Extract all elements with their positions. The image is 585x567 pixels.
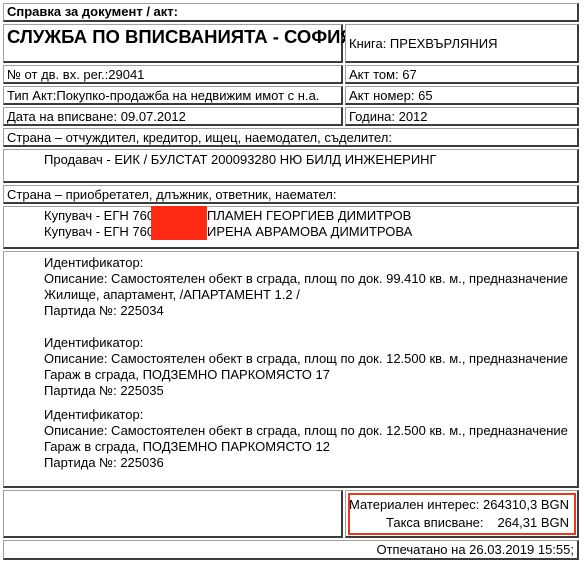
buyer-entry: Купувач - ЕГН 760 ПЛАМЕН ГЕОРГИЕВ ДИМИТР…	[44, 208, 544, 224]
property-item: Идентификатор: Описание: Самостоятелен о…	[44, 407, 568, 471]
act-type: Тип Акт:Покупко-продажба на недвижим имо…	[7, 88, 319, 104]
property-lot: Партида №: 225036	[44, 455, 568, 471]
office-name: СЛУЖБА ПО ВПИСВАНИЯТА - СОФИЯ	[7, 26, 354, 48]
document-heading-cell: Справка за документ / акт:	[3, 3, 579, 22]
act-volume: Акт том: 67	[349, 67, 417, 83]
document-heading: Справка за документ / акт:	[7, 4, 178, 20]
office-cell: СЛУЖБА ПО ВПИСВАНИЯТА - СОФИЯ	[3, 24, 343, 63]
reg-no-cell: № от дв. вх. рег.:29041	[3, 65, 343, 84]
property-item: Идентификатор: Описание: Самостоятелен о…	[44, 255, 568, 319]
material-interest-value: 264310,3 BGN	[483, 497, 569, 512]
property-description: Описание: Самостоятелен обект в сграда, …	[44, 423, 568, 439]
buyer-entry: Купувач - ЕГН 760 ИРЕНА АВРАМОВА ДИМИТРО…	[44, 224, 544, 240]
property-lot: Партида №: 225035	[44, 383, 568, 399]
property-identifier: Идентификатор:	[44, 335, 568, 351]
registration-fee-value: 264,31 BGN	[497, 515, 569, 531]
property-description: Описание: Самостоятелен обект в сграда, …	[44, 271, 568, 287]
buyer-prefix: Купувач - ЕГН 760	[44, 224, 154, 240]
property-identifier: Идентификатор:	[44, 255, 568, 271]
fees-cell: Материален интерес: 264310,3 BGN Такса в…	[345, 490, 579, 538]
redaction-box	[151, 206, 207, 240]
seller-entry: Продавач - ЕИК / БУЛСТАТ 200093280 НЮ БИ…	[44, 152, 437, 168]
book-name: Книга: ПРЕХВЪРЛЯНИЯ	[349, 36, 498, 52]
act-number: Акт номер: 65	[349, 88, 433, 104]
act-type-cell: Тип Акт:Покупко-продажба на недвижим имо…	[3, 86, 343, 105]
buyer-name: ПЛАМЕН ГЕОРГИЕВ ДИМИТРОВ	[207, 208, 411, 224]
property-description-cont: Гараж в сграда, ПОДЗЕМНО ПАРКОМЯСТО 17	[44, 367, 568, 383]
registration-fee-label: Такса вписване:	[386, 515, 483, 531]
party-from-label: Страна – отчуждител, кредитор, ищец, нае…	[7, 130, 392, 146]
book-cell: Книга: ПРЕХВЪРЛЯНИЯ	[345, 24, 579, 63]
entry-date-cell: Дата на вписване: 09.07.2012	[3, 107, 343, 126]
party-from-entries-cell: Продавач - ЕИК / БУЛСТАТ 200093280 НЮ БИ…	[3, 149, 579, 183]
printed-timestamp: Отпечатано на 26.03.2019 15:55;	[376, 542, 574, 558]
party-to-label-cell: Страна – приобретател, длъжник, ответник…	[3, 185, 579, 204]
material-interest-label: Материален интерес:	[349, 497, 479, 512]
property-description-cont: Жилище, апартамент, /АПАРТАМЕНТ 1.2 /	[44, 287, 568, 303]
printed-cell: Отпечатано на 26.03.2019 15:55;	[3, 540, 579, 560]
party-to-label: Страна – приобретател, длъжник, ответник…	[7, 187, 337, 203]
property-description: Описание: Самостоятелен обект в сграда, …	[44, 351, 568, 367]
reg-no: № от дв. вх. рег.:29041	[7, 67, 144, 83]
buyer-name: ИРЕНА АВРАМОВА ДИМИТРОВА	[207, 224, 412, 240]
properties-cell: Идентификатор: Описание: Самостоятелен о…	[3, 251, 579, 488]
fees-empty-cell	[3, 490, 343, 538]
property-description-cont: Гараж в сграда, ПОДЗЕМНО ПАРКОМЯСТО 12	[44, 439, 568, 455]
entry-date: Дата на вписване: 09.07.2012	[7, 109, 186, 125]
material-interest: Материален интерес: 264310,3 BGN	[349, 497, 569, 513]
party-to-entries-cell: Купувач - ЕГН 760 ПЛАМЕН ГЕОРГИЕВ ДИМИТР…	[3, 206, 579, 249]
year-cell: Година: 2012	[345, 107, 579, 126]
party-from-label-cell: Страна – отчуждител, кредитор, ищец, нае…	[3, 128, 579, 147]
property-lot: Партида №: 225034	[44, 303, 568, 319]
buyer-prefix: Купувач - ЕГН 760	[44, 208, 154, 224]
property-item: Идентификатор: Описание: Самостоятелен о…	[44, 335, 568, 399]
property-identifier: Идентификатор:	[44, 407, 568, 423]
act-number-cell: Акт номер: 65	[345, 86, 579, 105]
act-volume-cell: Акт том: 67	[345, 65, 579, 84]
year: Година: 2012	[349, 109, 428, 125]
